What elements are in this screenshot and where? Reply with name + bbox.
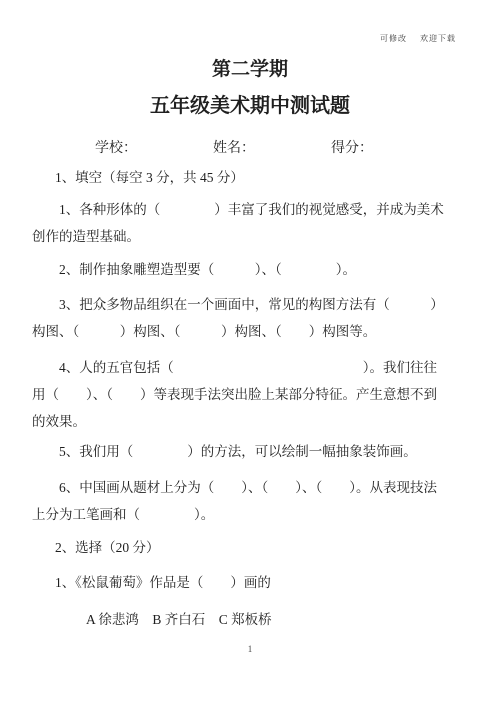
question-4-line-1: 4、人的五官包括（ ）。我们往往 <box>32 354 468 381</box>
question-3-line-1: 3、把众多物品组织在一个画面中，常见的构图方法有（ ） <box>32 291 468 318</box>
question-6-line-2: 上分为工笔画和（ ）。 <box>32 501 468 528</box>
section-2-heading: 2、选择（20 分） <box>32 534 468 561</box>
choice-options: A 徐悲鸿 B 齐白石 C 郑板桥 <box>32 606 468 633</box>
question-4-line-2: 用（ ）、（ ）等表现手法突出脸上某部分特征。产生意想不到 <box>32 381 468 408</box>
question-2-line: 2、制作抽象雕塑造型要（ ）、（ ）。 <box>32 256 468 283</box>
page-number: 1 <box>0 644 500 654</box>
question-1-line-2: 创作的造型基础。 <box>32 223 468 250</box>
corner-note-download: 欢迎下载 <box>420 33 456 44</box>
choice-question-1: 1、《松鼠葡萄》作品是（ ）画的 <box>32 569 468 596</box>
name-label: 姓名： <box>213 140 255 158</box>
title-exam: 五年级美术期中测试题 <box>0 93 500 119</box>
info-row: 学校： 姓名： 得分： <box>0 140 500 158</box>
corner-note: 可修改 欢迎下载 <box>380 33 456 44</box>
question-3-line-2: 构图、（ ）构图、（ ）构图、（ ）构图等。 <box>32 318 468 345</box>
question-6-line-1: 6、中国画从题材上分为（ ）、（ ）、（ ）。从表现技法 <box>32 474 468 501</box>
corner-note-editable: 可修改 <box>380 33 407 44</box>
question-1-line-1: 1、各种形体的（ ）丰富了我们的视觉感受，并成为美术 <box>32 196 468 223</box>
score-label: 得分： <box>331 140 373 158</box>
section-1-heading: 1、填空（每空 3 分，共 45 分） <box>32 164 468 191</box>
exam-body: 1、填空（每空 3 分，共 45 分） 1、各种形体的（ ）丰富了我们的视觉感受… <box>0 164 500 633</box>
school-label: 学校： <box>95 140 137 158</box>
question-5-line: 5、我们用（ ）的方法，可以绘制一幅抽象装饰画。 <box>32 438 468 465</box>
question-4-line-3: 的效果。 <box>32 408 468 435</box>
exam-paper-page: 可修改 欢迎下载 第二学期 五年级美术期中测试题 学校： 姓名： 得分： 1、填… <box>0 0 500 708</box>
